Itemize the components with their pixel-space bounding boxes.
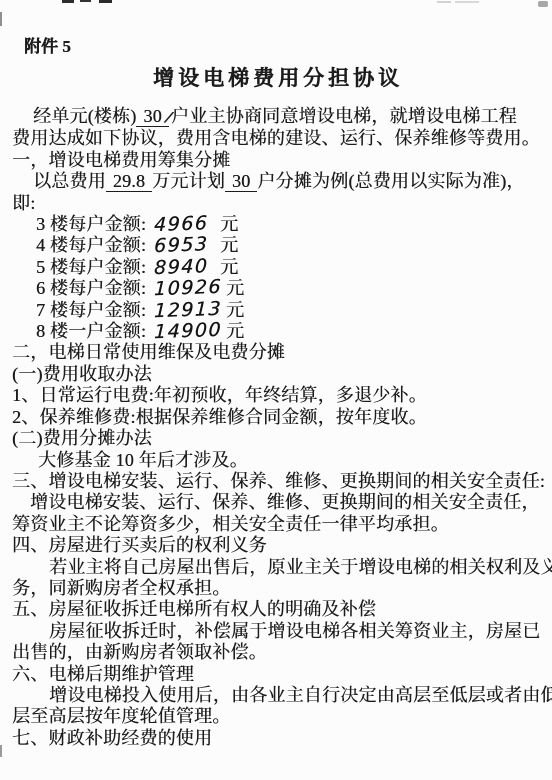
fee-unit: 元 bbox=[220, 235, 238, 255]
section3-line2: 筹资业主不论筹资多少，相关安全责任一律平均承担。 bbox=[12, 514, 544, 535]
scan-artifact bbox=[455, 1, 479, 3]
fee-label: 6 楼每户金额: bbox=[36, 278, 146, 298]
section2-item1: 1、日常运行电费:年初预收，年终结算，多退少补。 bbox=[12, 385, 544, 406]
fee-row: 4 楼每户金额:6953元 bbox=[12, 235, 544, 256]
section7-heading: 七、财政补助经费的使用 bbox=[12, 728, 544, 749]
attachment-label: 附件 5 bbox=[12, 36, 544, 58]
document-body: 经单元(楼栋)30/户业主协商同意增设电梯，就增设电梯工程 费用达成如下协议，费… bbox=[12, 106, 544, 749]
scan-artifact bbox=[437, 1, 451, 3]
fee-row: 3 楼每户金额:4966元 bbox=[12, 214, 544, 235]
section1-heading: 一，增设电梯费用筹集分摊 bbox=[12, 150, 544, 171]
intro-line-1: 经单元(楼栋)30/户业主协商同意增设电梯，就增设电梯工程 bbox=[12, 106, 544, 128]
section1-example-line: 以总费用29.8万元计划30户分摊为例(总费用以实际为准)， bbox=[12, 171, 544, 192]
section5-line2: 出售的，由新购房者领取补偿。 bbox=[12, 642, 544, 663]
fee-row: 8 楼一户金额:14900元 bbox=[12, 321, 544, 342]
fee-label: 3 楼每户金额: bbox=[36, 214, 146, 234]
fee-unit: 元 bbox=[226, 321, 244, 341]
ie-label: 即: bbox=[12, 193, 544, 214]
intro-line-2: 费用达成如下协议，费用含电梯的建设、运行、保养维修等费用。 bbox=[12, 128, 544, 149]
example-post: 户分摊为例(总费用以实际为准)， bbox=[257, 171, 524, 191]
fee-label: 4 楼每户金额: bbox=[36, 235, 146, 255]
fee-unit: 元 bbox=[226, 278, 244, 298]
household-count-value: 30 bbox=[225, 171, 257, 192]
section2-sub1: (一)费用收取办法 bbox=[12, 364, 544, 385]
intro-post: 户业主协商同意增设电梯，就增设电梯工程 bbox=[171, 106, 517, 126]
fee-label: 8 楼一户金额: bbox=[36, 321, 146, 341]
fee-label: 5 楼每户金额: bbox=[36, 257, 146, 277]
section4-line1: 若业主将自己房屋出售后，原业主关于增设电梯的相关权利及义 bbox=[12, 557, 544, 578]
handwritten-amount: 14900 bbox=[154, 320, 223, 344]
example-pre: 以总费用 bbox=[33, 171, 106, 191]
section2-heading: 二，电梯日常使用维保及电费分摊 bbox=[12, 342, 544, 363]
section2-item2: 2、保养维修费:根据保养维修合同金额，按年度收。 bbox=[12, 407, 544, 428]
fee-row: 6 楼每户金额:10926元 bbox=[12, 278, 544, 299]
section6-line1: 增设电梯投入使用后，由各业主自行决定由高层至低层或者由低 bbox=[12, 685, 544, 706]
scan-artifact bbox=[0, 12, 2, 26]
document-title: 增设电梯费用分担协议 bbox=[12, 63, 544, 93]
scan-artifact bbox=[80, 0, 91, 2]
fee-unit: 元 bbox=[220, 257, 238, 277]
section4-line2: 务，同新购房者全权承担。 bbox=[12, 578, 544, 599]
section2-note: 大修基金 10 年后才涉及。 bbox=[12, 450, 544, 471]
intro-pre: 经单元(楼栋) bbox=[33, 106, 136, 126]
scan-artifact bbox=[0, 745, 2, 757]
example-mid: 万元计划 bbox=[152, 171, 225, 191]
section6-heading: 六、电梯后期维护管理 bbox=[12, 664, 544, 685]
fee-label: 7 楼每户金额: bbox=[36, 300, 146, 320]
section5-heading: 五、房屋征收拆迁电梯所有权人的明确及补偿 bbox=[12, 599, 544, 620]
section6-line2: 层至高层按年度轮值管理。 bbox=[12, 706, 544, 727]
section4-heading: 四、房屋进行买卖后的权利义务 bbox=[12, 535, 544, 556]
scanned-document-page: 附件 5 增设电梯费用分担协议 经单元(楼栋)30/户业主协商同意增设电梯，就增… bbox=[0, 0, 552, 780]
fee-row: 7 楼每户金额:12913元 bbox=[12, 300, 544, 321]
document-content: 附件 5 增设电梯费用分担协议 经单元(楼栋)30/户业主协商同意增设电梯，就增… bbox=[12, 36, 544, 749]
scan-artifact bbox=[538, 1, 548, 7]
section2-sub2: (二)费用分摊办法 bbox=[12, 428, 544, 449]
fee-unit: 元 bbox=[220, 214, 238, 234]
scan-artifact bbox=[99, 0, 112, 3]
section5-line1: 房屋征收拆迁时，补偿属于增设电梯各相关筹资业主，房屋已 bbox=[12, 621, 544, 642]
fee-row: 5 楼每户金额:8940元 bbox=[12, 257, 544, 278]
fee-unit: 元 bbox=[226, 300, 244, 320]
scan-artifact bbox=[62, 0, 74, 3]
section3-line1: 增设电梯安装、运行、保养、维修、更换期间的相关安全责任， bbox=[12, 492, 544, 513]
section3-heading: 三、增设电梯安装、运行、保养、维修、更换期间的相关安全责任: bbox=[12, 471, 544, 492]
total-cost-value: 29.8 bbox=[106, 171, 152, 192]
